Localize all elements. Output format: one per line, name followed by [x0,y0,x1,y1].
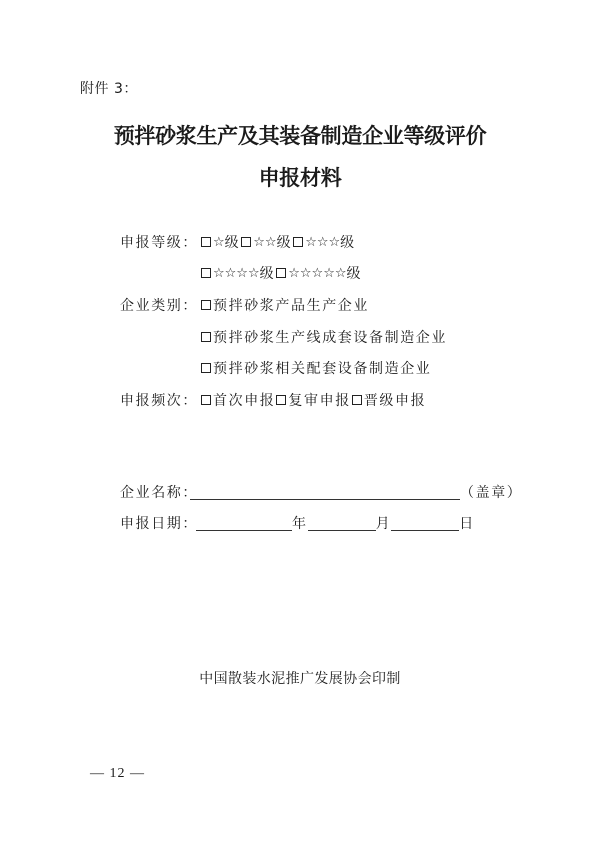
frequency-option-text: 首次申报 [213,390,275,410]
star-icon: ☆☆ [253,235,276,250]
level-suffix: 级 [340,232,356,252]
level-option-2-star[interactable]: ☆☆ 级 [240,232,292,252]
application-date-row: 申报日期： 年 月 日 [120,513,475,533]
category-option-production-line[interactable]: 预拌砂浆生产线成套设备制造企业 [200,327,447,347]
category-option-product[interactable]: 预拌砂浆产品生产企业 [200,295,369,315]
frequency-option-text: 复审申报 [288,390,350,410]
star-icon: ☆ [213,235,225,250]
enterprise-category-row: 企业类别： 预拌砂浆产品生产企业 [120,295,369,315]
level-suffix: 级 [225,232,241,252]
checkbox-icon[interactable] [201,268,211,278]
checkbox-icon[interactable] [201,363,211,373]
day-label: 日 [459,513,475,533]
checkbox-icon[interactable] [276,268,286,278]
attachment-label: 附件 3： [80,78,138,98]
star-icon: ☆☆☆☆☆ [288,266,346,281]
document-subtitle: 申报材料 [0,162,600,192]
application-frequency-row: 申报频次： 首次申报 复审申报 晋级申报 [120,390,426,410]
category-option-text: 预拌砂浆生产线成套设备制造企业 [213,327,447,347]
star-icon: ☆☆☆☆ [213,266,260,281]
application-date-label: 申报日期： [120,513,196,533]
seal-note: （盖章） [460,482,522,502]
frequency-option-text: 晋级申报 [364,390,426,410]
application-level-label: 申报等级： [120,232,200,252]
star-icon: ☆☆☆ [305,235,340,250]
level-suffix: 级 [277,232,293,252]
document-page: 附件 3： 预拌砂浆生产及其装备制造企业等级评价 申报材料 申报等级： ☆ 级 … [0,0,600,849]
frequency-option-first[interactable]: 首次申报 [200,390,275,410]
application-level-row: 申报等级： ☆ 级 ☆☆ 级 ☆☆☆ 级 [120,232,356,252]
checkbox-icon[interactable] [352,395,362,405]
enterprise-name-field[interactable] [190,483,460,500]
enterprise-category-row-3: 预拌砂浆相关配套设备制造企业 [200,358,431,378]
month-label: 月 [376,513,392,533]
enterprise-category-row-2: 预拌砂浆生产线成套设备制造企业 [200,327,447,347]
checkbox-icon[interactable] [201,237,211,247]
document-title: 预拌砂浆生产及其装备制造企业等级评价 [0,120,600,150]
year-field[interactable] [196,514,292,531]
application-level-options: ☆ 级 ☆☆ 级 ☆☆☆ 级 [200,232,356,252]
checkbox-icon[interactable] [201,332,211,342]
frequency-option-upgrade[interactable]: 晋级申报 [351,390,426,410]
application-frequency-label: 申报频次： [120,390,200,410]
level-suffix: 级 [347,263,363,283]
checkbox-icon[interactable] [201,300,211,310]
category-option-text: 预拌砂浆产品生产企业 [213,295,369,315]
printing-organization: 中国散装水泥推广发展协会印制 [0,668,600,688]
checkbox-icon[interactable] [201,395,211,405]
checkbox-icon[interactable] [276,395,286,405]
year-label: 年 [292,513,308,533]
enterprise-name-label: 企业名称： [120,482,190,502]
enterprise-name-row: 企业名称： （盖章） [120,482,522,502]
application-level-row-2: ☆☆☆☆ 级 ☆☆☆☆☆ 级 [200,263,362,283]
level-suffix: 级 [260,263,276,283]
category-option-text: 预拌砂浆相关配套设备制造企业 [213,358,431,378]
level-option-5-star[interactable]: ☆☆☆☆☆ 级 [275,263,362,283]
page-number: — 12 — [90,766,145,782]
month-field[interactable] [308,514,376,531]
day-field[interactable] [391,514,459,531]
checkbox-icon[interactable] [293,237,303,247]
level-option-4-star[interactable]: ☆☆☆☆ 级 [200,263,275,283]
category-option-supporting-equipment[interactable]: 预拌砂浆相关配套设备制造企业 [200,358,431,378]
enterprise-category-label: 企业类别： [120,295,200,315]
checkbox-icon[interactable] [241,237,251,247]
frequency-option-review[interactable]: 复审申报 [275,390,350,410]
level-option-1-star[interactable]: ☆ 级 [200,232,240,252]
level-option-3-star[interactable]: ☆☆☆ 级 [292,232,356,252]
